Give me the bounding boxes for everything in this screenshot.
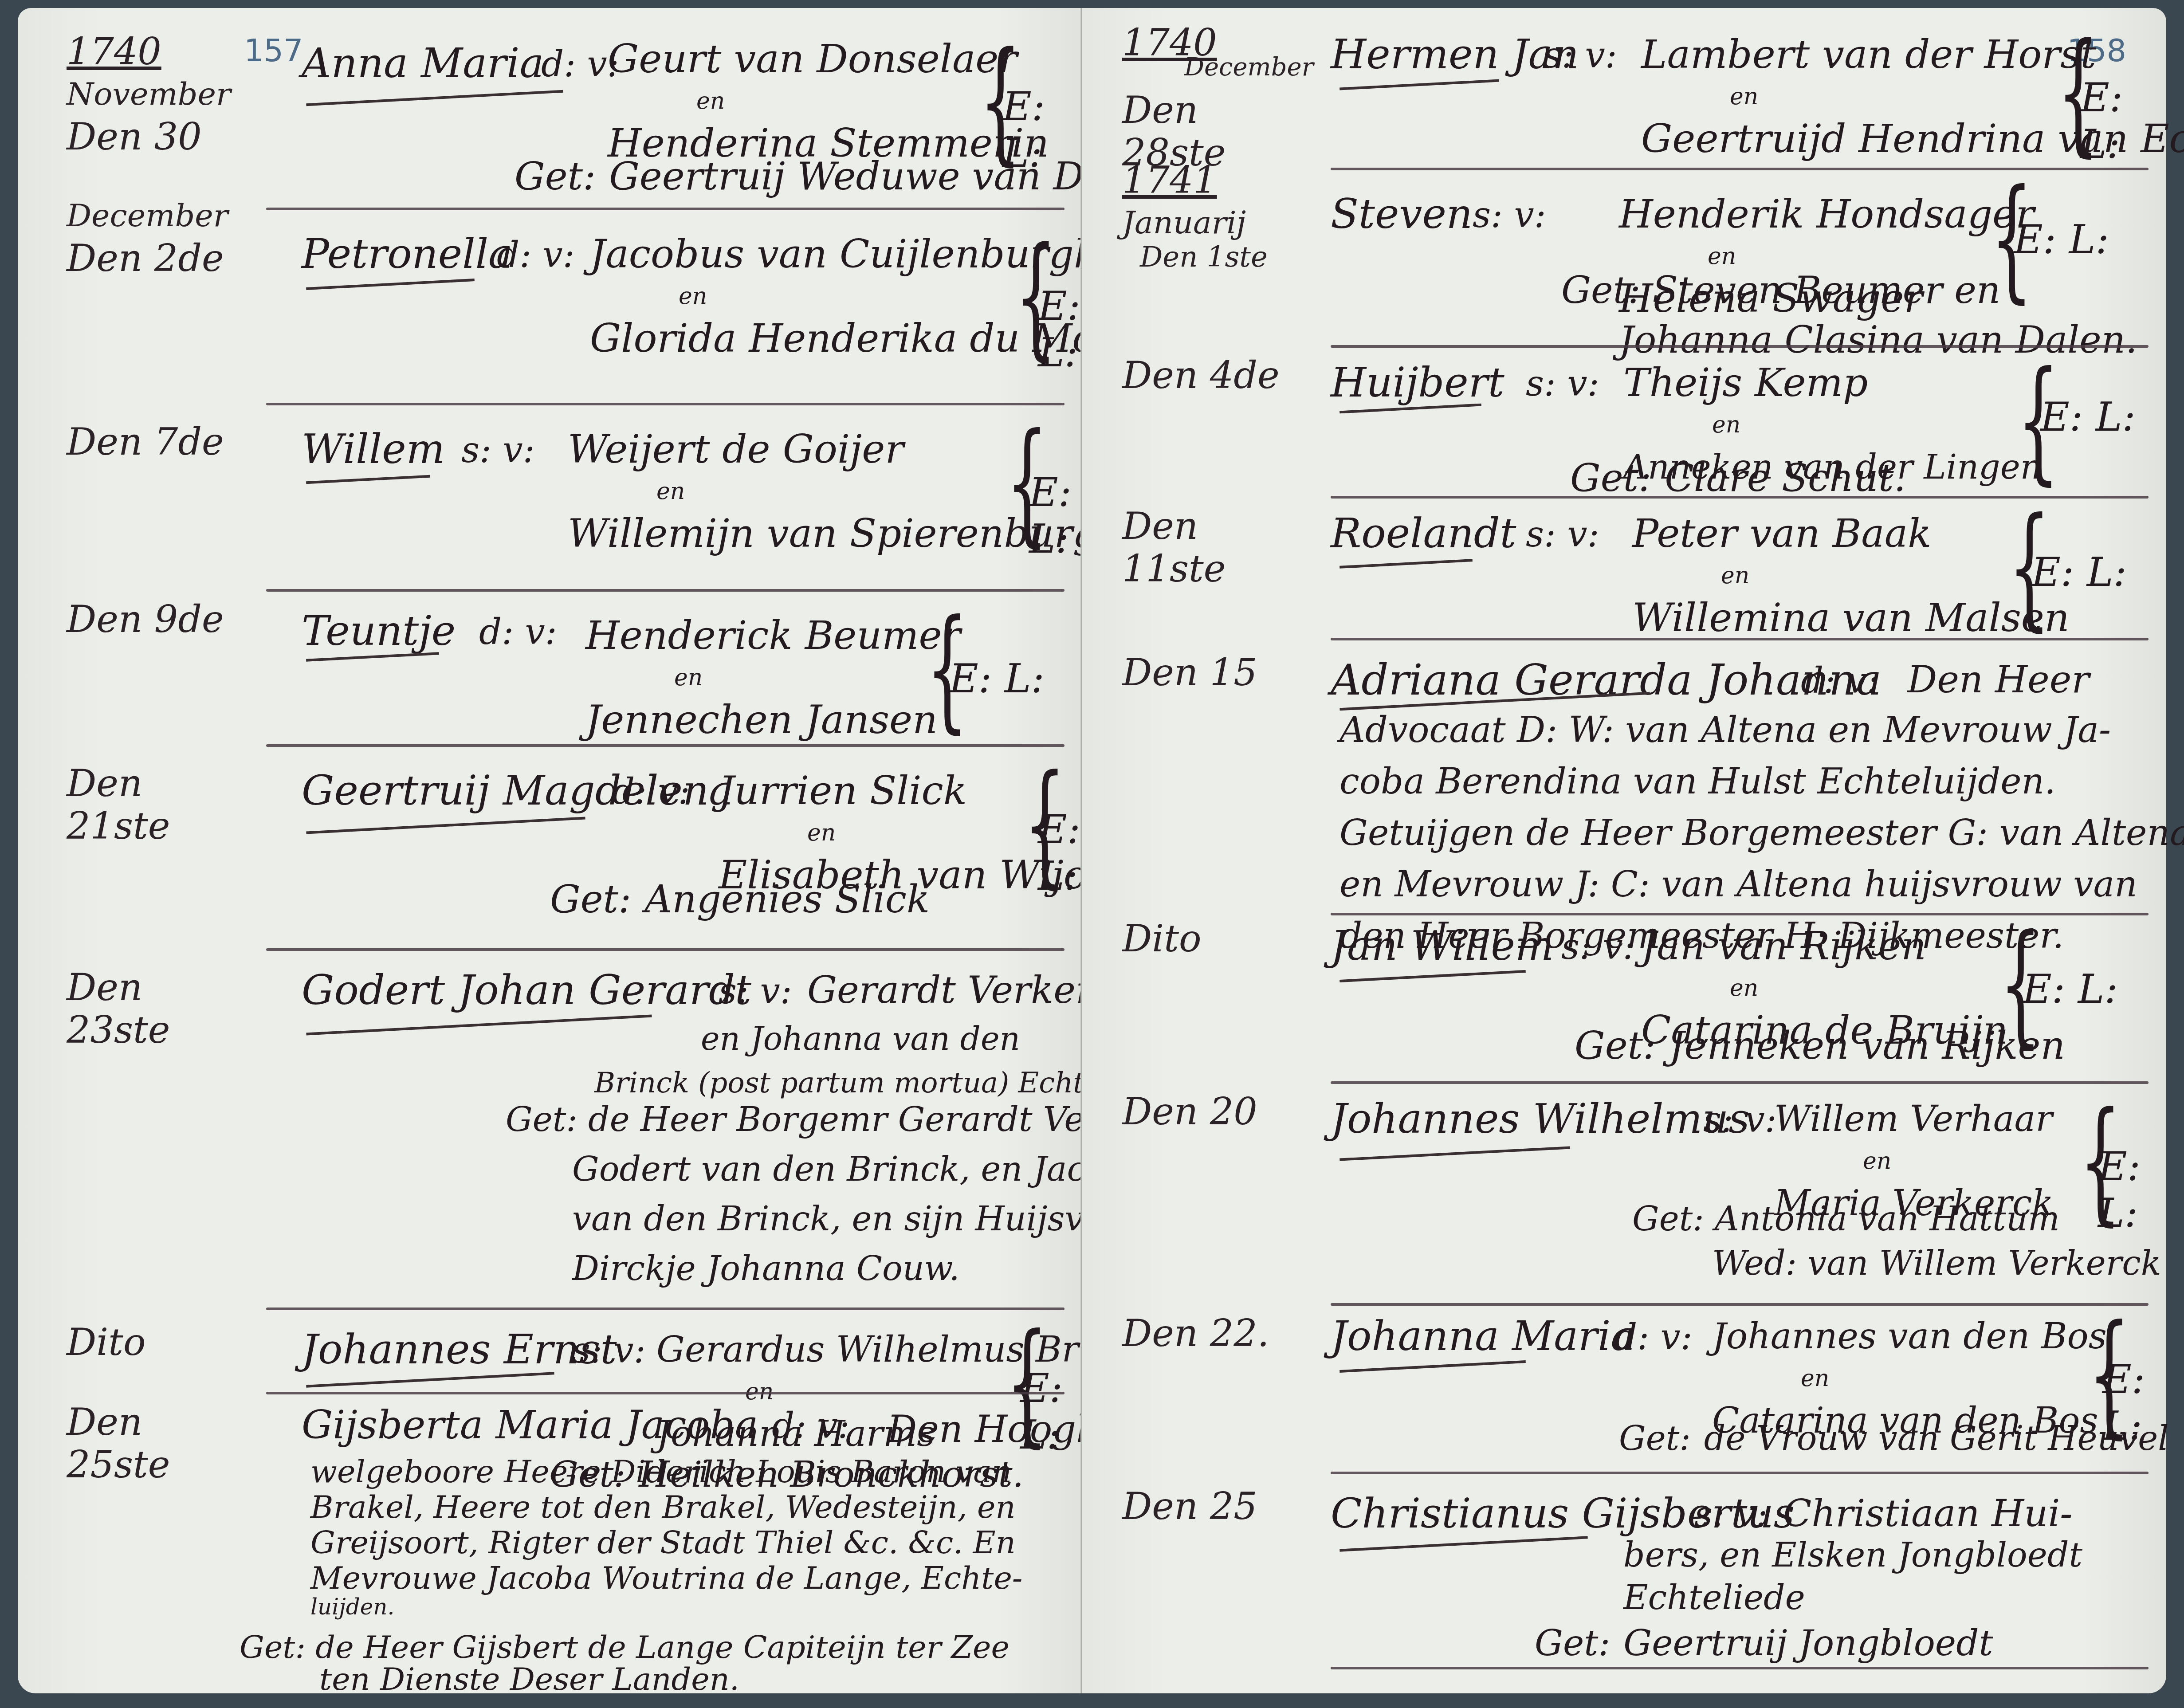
father-name: Johannes van den Bos bbox=[1712, 1303, 2107, 1370]
entry-date: Den 25 bbox=[1122, 1485, 1300, 1527]
child-name: Willem bbox=[302, 425, 445, 474]
witness-label: Get: bbox=[1632, 1199, 1704, 1238]
sex-marker: d: v: bbox=[612, 771, 690, 812]
name-underline bbox=[1339, 1360, 1526, 1373]
parents-continued: bers, en Elsken Jongbloedt Echteliede bbox=[1623, 1534, 2082, 1619]
name-underline bbox=[1339, 1146, 1570, 1161]
conjunction: en bbox=[1712, 1370, 2107, 1387]
el-mark: E: L: bbox=[1038, 806, 1082, 899]
witness-label: Get: bbox=[506, 1099, 577, 1139]
name-underline bbox=[1339, 970, 1526, 982]
el-mark: E: L: bbox=[2080, 75, 2166, 168]
parents: Christiaan Hui- bbox=[1783, 1485, 2073, 1542]
conjunction: en bbox=[1623, 416, 2042, 434]
el-mark: E: L: bbox=[2031, 549, 2127, 596]
entry-date: Den 4de bbox=[1122, 354, 1300, 397]
witness-label: Get: bbox=[240, 1629, 306, 1665]
sex-marker: d: v: bbox=[497, 234, 575, 275]
father-name: Willem Verhaar bbox=[1774, 1086, 2054, 1152]
sex-marker: s: v: bbox=[1526, 514, 1599, 555]
entry-divider bbox=[266, 948, 1065, 951]
conjunction: en bbox=[1774, 1152, 2054, 1170]
mother-name: Willemina van Malsen bbox=[1632, 585, 2070, 651]
name-underline bbox=[306, 1372, 554, 1387]
entry-date: Den 9de bbox=[67, 598, 244, 640]
el-mark: E: L: bbox=[1029, 469, 1082, 562]
entry-date: Den 15 bbox=[1122, 651, 1300, 694]
child-name: Johannes Wilhelmus bbox=[1331, 1095, 1749, 1143]
entry-text: Den Heer bbox=[1907, 651, 2090, 708]
witness-label: Get: bbox=[550, 877, 631, 922]
father-name: Peter van Baak bbox=[1632, 500, 2070, 567]
month-heading: December bbox=[67, 194, 244, 237]
sex-marker: s: v: bbox=[719, 970, 792, 1012]
entry-divider bbox=[1331, 1667, 2149, 1669]
name-underline bbox=[306, 279, 475, 290]
entry-date: 1741 Januarij Den 1ste bbox=[1122, 159, 1300, 271]
entry-date: Den 23ste bbox=[67, 966, 244, 1051]
entry-date: Den 22. bbox=[1122, 1312, 1300, 1355]
name-underline bbox=[1339, 1536, 1588, 1551]
entry-date: December Den 2de bbox=[67, 194, 244, 279]
child-name: Huijbert bbox=[1331, 358, 1504, 407]
right-page: 158 1740 December Den 28ste Hermen Jan s… bbox=[1082, 8, 2166, 1693]
witness-label: Get: bbox=[515, 154, 596, 199]
el-mark: E: L: bbox=[2102, 1356, 2166, 1449]
parents: Peter van Baak en Willemina van Malsen bbox=[1632, 500, 2070, 651]
folio-number: 157 bbox=[244, 32, 303, 69]
sex-marker: s: v: bbox=[1544, 35, 1617, 76]
entry-date: Dito bbox=[67, 1321, 244, 1363]
month-heading: Januarij bbox=[1122, 201, 1300, 244]
sex-marker: s: v: bbox=[1473, 194, 1546, 236]
mother-name: Jennechen Jansen bbox=[585, 687, 961, 753]
year-heading: 1740 bbox=[67, 30, 244, 73]
child-name: Godert Johan Gerardt bbox=[302, 966, 751, 1015]
child-name: Roelandt bbox=[1331, 509, 1516, 558]
month-heading: November bbox=[67, 73, 244, 115]
conjunction: en bbox=[1632, 567, 2070, 585]
name-underline bbox=[306, 475, 430, 484]
name-underline bbox=[306, 90, 563, 106]
entry-divider bbox=[266, 744, 1065, 747]
conjunction: en bbox=[1619, 247, 2034, 265]
witness: Get:Angenies Slick bbox=[550, 877, 930, 922]
witness-label: Get: bbox=[1575, 1024, 1656, 1068]
name-underline bbox=[1339, 559, 1473, 569]
sex-marker: s: v: bbox=[572, 1330, 646, 1371]
entry-date: Den 7de bbox=[67, 420, 244, 463]
entry-text: welgeboore Heere Diderich Louis Baron va… bbox=[310, 1454, 1022, 1618]
sex-marker: s: v: bbox=[461, 429, 535, 471]
child-name: Adriana Gerarda Johanna bbox=[1331, 656, 1882, 704]
witness-label: Get: bbox=[1535, 1622, 1610, 1664]
entry-divider bbox=[266, 208, 1065, 210]
sex-marker: s: v: bbox=[1694, 1494, 1768, 1535]
name-underline bbox=[1339, 79, 1499, 90]
witness: Get: de Heer Gijsbert de Lange Capiteijn… bbox=[240, 1631, 1010, 1695]
sex-marker: d: v: bbox=[1614, 1316, 1693, 1358]
conjunction: en bbox=[1641, 979, 2008, 997]
child-name: Anna Maria bbox=[302, 39, 544, 88]
parents: Henderick Beumer en Jennechen Jansen bbox=[585, 602, 961, 753]
witness-label: Get: bbox=[1570, 456, 1651, 500]
child-name: Teuntje bbox=[302, 607, 456, 656]
entry-divider bbox=[1331, 1472, 2149, 1474]
child-name: Jan Willem bbox=[1331, 922, 1554, 970]
entry-divider bbox=[1331, 1081, 2149, 1084]
entry-divider bbox=[266, 1308, 1065, 1310]
entry-date: 1740 December Den 28ste bbox=[1122, 21, 1300, 174]
sex-marker: s: v: bbox=[1561, 926, 1635, 967]
child-name: Johannes Ernst bbox=[302, 1325, 617, 1374]
name-underline bbox=[306, 1015, 652, 1036]
father-name: Jacobus van Cuijlenburgh bbox=[590, 221, 1158, 287]
father-name: Jan van Rijken bbox=[1641, 913, 2008, 979]
entry-text: Den Hoogh- bbox=[887, 1401, 1113, 1457]
entry-divider bbox=[266, 1392, 1065, 1394]
el-mark: E: L: bbox=[949, 656, 1045, 702]
witness: Get:Clare Schut. bbox=[1570, 456, 1906, 500]
el-mark: E: L: bbox=[2040, 394, 2136, 440]
entry-date: Den 11ste bbox=[1122, 505, 1300, 590]
sex-marker: d: v: bbox=[772, 1405, 850, 1446]
el-mark: E: L: bbox=[2098, 1143, 2166, 1237]
left-page: 157 1740 November Den 30 Anna Maria d: v… bbox=[18, 8, 1082, 1693]
conjunction: en bbox=[585, 669, 961, 687]
witness-label: Get: bbox=[1561, 268, 1641, 312]
sex-marker: s: v: bbox=[1703, 1099, 1777, 1140]
witness: Get:Geertruij Jongbloedt bbox=[1535, 1622, 1993, 1664]
child-name: Johanna Maria bbox=[1331, 1312, 1635, 1361]
entry-divider bbox=[1331, 638, 2149, 640]
witness-label: Get: bbox=[1619, 1418, 1691, 1458]
entry-date: Dito bbox=[1122, 917, 1300, 960]
father-name: Henderik Hondsager bbox=[1619, 181, 2034, 247]
father-name: Henderick Beumer bbox=[585, 602, 961, 669]
sex-marker: d: v: bbox=[1801, 660, 1879, 701]
entry-date: 1740 November Den 30 bbox=[67, 30, 244, 158]
witness: Get:de Vrouw van Gerit Heuvel bbox=[1619, 1418, 2169, 1458]
el-mark: E: L: bbox=[1002, 83, 1082, 177]
father-name: Theijs Kemp bbox=[1623, 349, 2042, 416]
entry-date: Den 20 bbox=[1122, 1090, 1300, 1133]
entry-date: Den 25ste bbox=[67, 1401, 244, 1486]
child-name: Steven bbox=[1331, 190, 1473, 239]
child-name: Gijsberta Maria Jacoba bbox=[302, 1401, 758, 1449]
witness: Get:Jenneken van Rijken bbox=[1575, 1024, 2065, 1068]
el-mark: E: L: bbox=[2014, 216, 2109, 263]
entry-date: Den 21ste bbox=[67, 762, 244, 847]
child-name: Petronella bbox=[302, 230, 513, 279]
child-name: Hermen Jan bbox=[1331, 30, 1579, 79]
sex-marker: s: v: bbox=[1526, 363, 1599, 404]
name-underline bbox=[306, 817, 585, 834]
el-mark: E: L: bbox=[2023, 966, 2118, 1013]
entry-divider bbox=[266, 403, 1065, 405]
sex-marker: d: v: bbox=[479, 611, 557, 652]
el-mark: E: L: bbox=[1038, 283, 1082, 376]
year-heading: 1741 bbox=[1122, 159, 1300, 201]
